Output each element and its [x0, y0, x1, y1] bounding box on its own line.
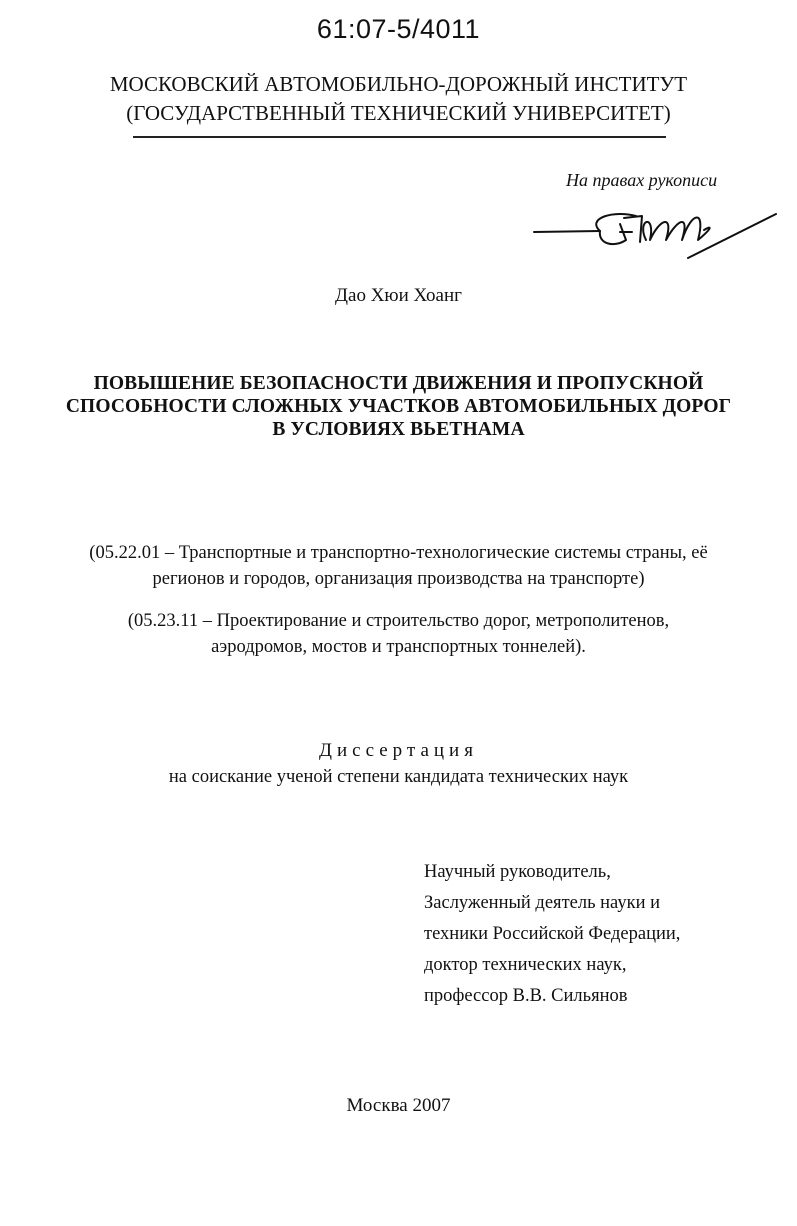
specialty-code: (05.22.01 – Транспортные и транспортно-т…	[0, 540, 797, 592]
advisor-line: Научный руководитель,	[424, 857, 680, 888]
advisor-line: Заслуженный деятель науки и	[424, 888, 680, 919]
specialty-line: аэродромов, мостов и транспортных тоннел…	[0, 634, 797, 660]
specialty-code: (05.23.11 – Проектирование и строительст…	[0, 608, 797, 660]
title-line: В УСЛОВИЯХ ВЬЕТНАМА	[0, 418, 797, 441]
archive-code: 61:07-5/4011	[0, 14, 797, 45]
advisor-line: профессор В.В. Сильянов	[424, 981, 680, 1012]
advisor-line: техники Российской Федерации,	[424, 919, 680, 950]
advisor-block: Научный руководитель, Заслуженный деятел…	[424, 857, 680, 1012]
institution-subtitle: (ГОСУДАРСТВЕННЫЙ ТЕХНИЧЕСКИЙ УНИВЕРСИТЕТ…	[0, 99, 797, 128]
dissertation-title: ПОВЫШЕНИЕ БЕЗОПАСНОСТИ ДВИЖЕНИЯ И ПРОПУС…	[0, 372, 797, 441]
author-name: Дао Хюи Хоанг	[0, 285, 797, 307]
document-type: Диссертация	[0, 740, 797, 762]
specialty-line: регионов и городов, организация производ…	[0, 566, 797, 592]
specialty-line: (05.22.01 – Транспортные и транспортно-т…	[0, 540, 797, 566]
signature-icon	[528, 200, 788, 270]
header-divider	[133, 136, 666, 138]
advisor-line: доктор технических наук,	[424, 950, 680, 981]
degree-statement: на соискание ученой степени кандидата те…	[0, 767, 797, 788]
title-line: СПОСОБНОСТИ СЛОЖНЫХ УЧАСТКОВ АВТОМОБИЛЬН…	[0, 395, 797, 418]
manuscript-rights-note: На правах рукописи	[566, 170, 717, 191]
title-line: ПОВЫШЕНИЕ БЕЗОПАСНОСТИ ДВИЖЕНИЯ И ПРОПУС…	[0, 372, 797, 395]
specialty-line: (05.23.11 – Проектирование и строительст…	[0, 608, 797, 634]
city-year: Москва 2007	[0, 1095, 797, 1117]
institution-name: МОСКОВСКИЙ АВТОМОБИЛЬНО-ДОРОЖНЫЙ ИНСТИТУ…	[0, 70, 797, 99]
